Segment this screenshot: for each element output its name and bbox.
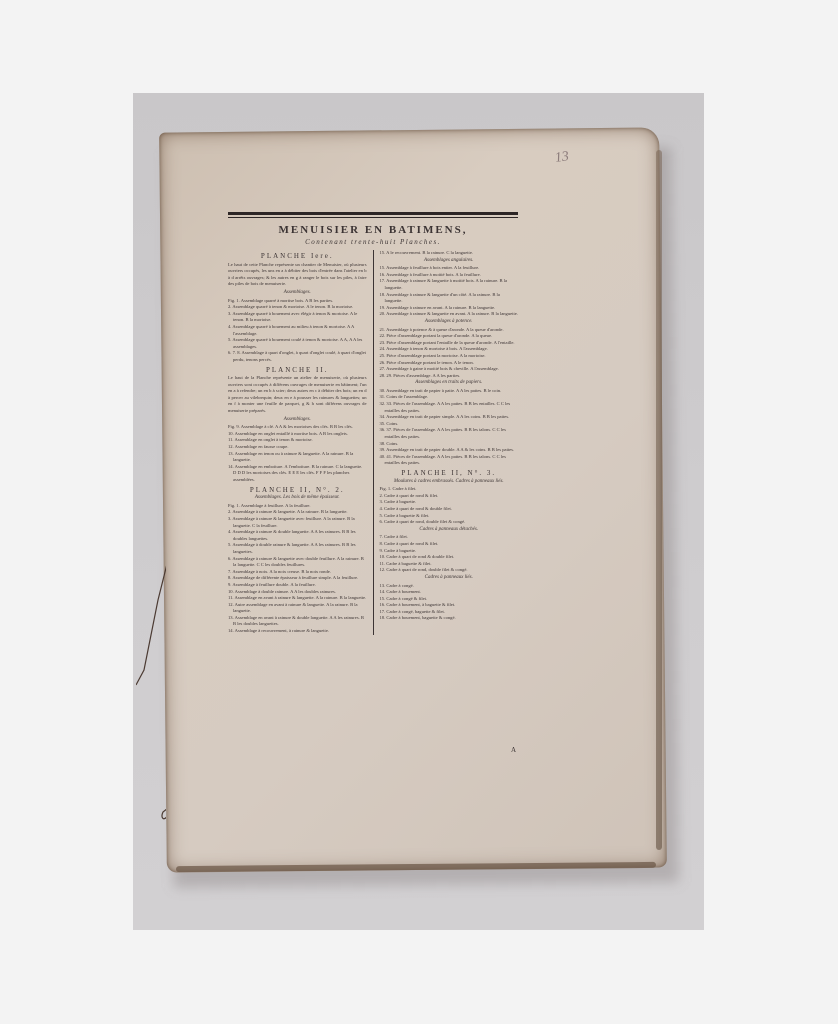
list-item: 13. Assemblage en avant à rainure & doub… xyxy=(228,615,367,628)
list-item: 6. Cadre à quart de rond, double filet &… xyxy=(380,519,519,526)
section-subhead: Assemblages à potence. xyxy=(380,319,519,326)
section-subhead: Assemblages en traits de papiers. xyxy=(380,380,519,387)
list-item: 12. Autre assemblage en avant à rainure … xyxy=(228,602,367,615)
section-subhead: Assemblages angulaires. xyxy=(380,258,519,265)
list-item: 5. Assemblage quarré à bouement coulé à … xyxy=(228,337,367,350)
item-list: 30. Assemblage en trait de papier à patt… xyxy=(380,388,519,467)
right-column: 15. A le recouvrement. B la rainure. C l… xyxy=(380,250,519,635)
list-item: 6. Assemblage à rainure & languette avec… xyxy=(228,556,367,569)
top-rule-thin xyxy=(228,217,518,218)
list-item: 12. Cadre à quart de rond, double filet … xyxy=(380,567,519,574)
list-item: 12. Assemblage en fausse coupe. xyxy=(228,444,367,451)
list-item: 34. Assemblage en trait de papier simple… xyxy=(380,414,519,421)
list-item: 2. Cadre à quart de rond & filet. xyxy=(380,493,519,500)
list-item: 36. 37. Pièces de l'assemblage. A A les … xyxy=(380,427,519,440)
list-item: 2. Assemblage à rainure & languette. A l… xyxy=(228,509,367,516)
list-item: 40. 41. Pièces de l'assemblage. A A les … xyxy=(380,454,519,467)
list-item: Fig. 1. Cadre à filet. xyxy=(380,486,519,493)
list-item: 15. Assemblage à feuillure à bois entier… xyxy=(380,265,519,272)
list-item: 23. Pièce d'assemblage portant l'entaill… xyxy=(380,340,519,347)
section-subhead: Moulures à cadres embrassés. Cadres à pa… xyxy=(380,479,519,486)
list-item: 13. Cadre à congé. xyxy=(380,583,519,590)
list-item: 15. Cadre à congé & filet. xyxy=(380,596,519,603)
list-item: 31. Coins de l'assemblage. xyxy=(380,394,519,401)
list-item: Fig. 1. Assemblage quarré à mortise bois… xyxy=(228,298,367,305)
binding-thread-icon xyxy=(136,560,166,880)
list-item: 28. 29. Pièces d'assemblage. A A les par… xyxy=(380,373,519,380)
section-subhead: Assemblages. Les bois de même épaisseur. xyxy=(228,495,367,502)
list-item: 26. Pièce d'assemblage portant le tenon.… xyxy=(380,360,519,367)
item-list: 7. Cadre à filet.8. Cadre à quart de ron… xyxy=(380,534,519,574)
section-intro: Le haut de cette Planche représente un c… xyxy=(228,262,367,288)
section-heading: PLANCHE II. xyxy=(228,367,367,374)
list-item: 27. Assemblage à gaine à moitié bois & c… xyxy=(380,366,519,373)
list-item: 2. Assemblage quarré à tenon & mortoise.… xyxy=(228,304,367,311)
list-item: 14. Assemblage à recouvrement, à rainure… xyxy=(228,628,367,635)
top-rule xyxy=(228,212,518,215)
list-item: 10. Assemblage en onglet entaillé à mort… xyxy=(228,431,367,438)
list-item: 16. Assemblage à feuillure à moitié bois… xyxy=(380,272,519,279)
list-item: 3. Assemblage quarré à bouement avec élé… xyxy=(228,311,367,324)
list-item: 7. Cadre à filet. xyxy=(380,534,519,541)
list-item: 18. Assemblage à rainure & languette d'u… xyxy=(380,292,519,305)
section-subhead: Assemblages. xyxy=(228,417,367,424)
list-item: 8. Cadre à quart de rond & filet. xyxy=(380,541,519,548)
section-heading: PLANCHE Iere. xyxy=(228,253,367,260)
list-item: 20. Assemblage à rainure & languette en … xyxy=(380,311,519,318)
list-item: 7. Assemblage à noix. A la noix creuse. … xyxy=(228,569,367,576)
section-heading: PLANCHE II, N°. 3. xyxy=(380,470,519,477)
list-item: 4. Assemblage quarré à bouement au milie… xyxy=(228,324,367,337)
item-list: 15. Assemblage à feuillure à bois entier… xyxy=(380,265,519,318)
item-list: Fig. 1. Cadre à filet.2. Cadre à quart d… xyxy=(380,486,519,526)
list-item: 10. Assemblage à double rainure. A A les… xyxy=(228,589,367,596)
section-subhead: Assemblages. xyxy=(228,290,367,297)
section-subhead: Cadres à panneaux détachés. xyxy=(380,527,519,534)
list-item: 4. Cadre à quart de rond & double filet. xyxy=(380,506,519,513)
list-item: 5. Cadre à baguette & filet. xyxy=(380,513,519,520)
printed-text-block: MENUISIER EN BATIMENS, Contenant trente-… xyxy=(228,212,518,752)
list-item: 25. Pièce d'assemblage portant la mortoi… xyxy=(380,353,519,360)
list-item: 5. Assemblage à double rainure & languet… xyxy=(228,542,367,555)
page-edge-right xyxy=(656,150,662,850)
list-item: Fig. 9. Assemblage à clé. A A & les mort… xyxy=(228,424,367,431)
item-list: Fig. 1. Assemblage quarré à mortise bois… xyxy=(228,298,367,364)
list-item: 32. 33. Pièces de l'assemblage. A A les … xyxy=(380,401,519,414)
list-item: 14. Assemblage en emboiture. A l'emboitu… xyxy=(228,464,367,484)
page-title: MENUISIER EN BATIMENS, xyxy=(228,224,518,236)
page-subtitle: Contenant trente-huit Planches. xyxy=(228,238,518,246)
left-column: PLANCHE Iere. Le haut de cette Planche r… xyxy=(228,250,367,635)
list-item: 30. Assemblage en trait de papier à patt… xyxy=(380,388,519,395)
list-item: 35. Coins. xyxy=(380,421,519,428)
list-item: 9. Cadre à baguette. xyxy=(380,548,519,555)
list-item: 3. Cadre à baguette. xyxy=(380,499,519,506)
list-item: 4. Assemblage à rainure & double languet… xyxy=(228,529,367,542)
item-list: 13. Cadre à congé.14. Cadre à bouement.1… xyxy=(380,583,519,623)
list-item: 15. A le recouvrement. B la rainure. C l… xyxy=(380,250,519,257)
handwritten-number: 13 xyxy=(554,149,570,167)
list-item: 17. Assemblage à rainure & languette à m… xyxy=(380,278,519,291)
list-item: 11. Assemblage en onglet à tenon & morto… xyxy=(228,437,367,444)
column-divider xyxy=(373,250,374,635)
list-item: 17. Cadre à congé, baguette & filet. xyxy=(380,609,519,616)
item-list: Fig. 9. Assemblage à clé. A A & les mort… xyxy=(228,424,367,483)
list-item: 19. Assemblage à rainure en avant. A la … xyxy=(380,305,519,312)
signature-mark: A xyxy=(511,746,516,754)
list-item: 21. Assemblage à potence & à queue d'aro… xyxy=(380,327,519,334)
list-item: 13. Assemblage en tenon ou à rainure & l… xyxy=(228,451,367,464)
list-item: 3. Assemblage à rainure & languette avec… xyxy=(228,516,367,529)
list-item: 9. Assemblage à feuillure double. A la f… xyxy=(228,582,367,589)
list-item: 24. Assemblage à tenon & mortoise à bois… xyxy=(380,346,519,353)
item-list: Fig. 1. Assemblage à feuillure. A la feu… xyxy=(228,503,367,635)
list-item: 11. Cadre à baguette & filet. xyxy=(380,561,519,568)
list-item: 11. Assemblage en avant à rainure & lang… xyxy=(228,595,367,602)
list-item: 22. Pièce d'assemblage portant la queue … xyxy=(380,333,519,340)
list-item: 39. Assemblage en trait de papier double… xyxy=(380,447,519,454)
section-subhead: Cadres à panneaux liés. xyxy=(380,575,519,582)
list-item: 8. Assemblage de différente épaisseur à … xyxy=(228,575,367,582)
section-heading: PLANCHE II, N°. 2. xyxy=(228,487,367,494)
list-item: 6. 7. 8. Assemblage à quart d'onglet, à … xyxy=(228,350,367,363)
list-item: 18. Cadre à bouement, baguette & congé. xyxy=(380,615,519,622)
list-item: Fig. 1. Assemblage à feuillure. A la feu… xyxy=(228,503,367,510)
list-item: 14. Cadre à bouement. xyxy=(380,589,519,596)
section-intro: Le haut de la Planche représente un atel… xyxy=(228,375,367,415)
list-item: 16. Cadre à bouement, à baguette & filet… xyxy=(380,602,519,609)
item-list: 15. A le recouvrement. B la rainure. C l… xyxy=(380,250,519,257)
item-list: 21. Assemblage à potence & à queue d'aro… xyxy=(380,327,519,380)
list-item: 38. Coins. xyxy=(380,441,519,448)
list-item: 10. Cadre à quart de rond & double filet… xyxy=(380,554,519,561)
